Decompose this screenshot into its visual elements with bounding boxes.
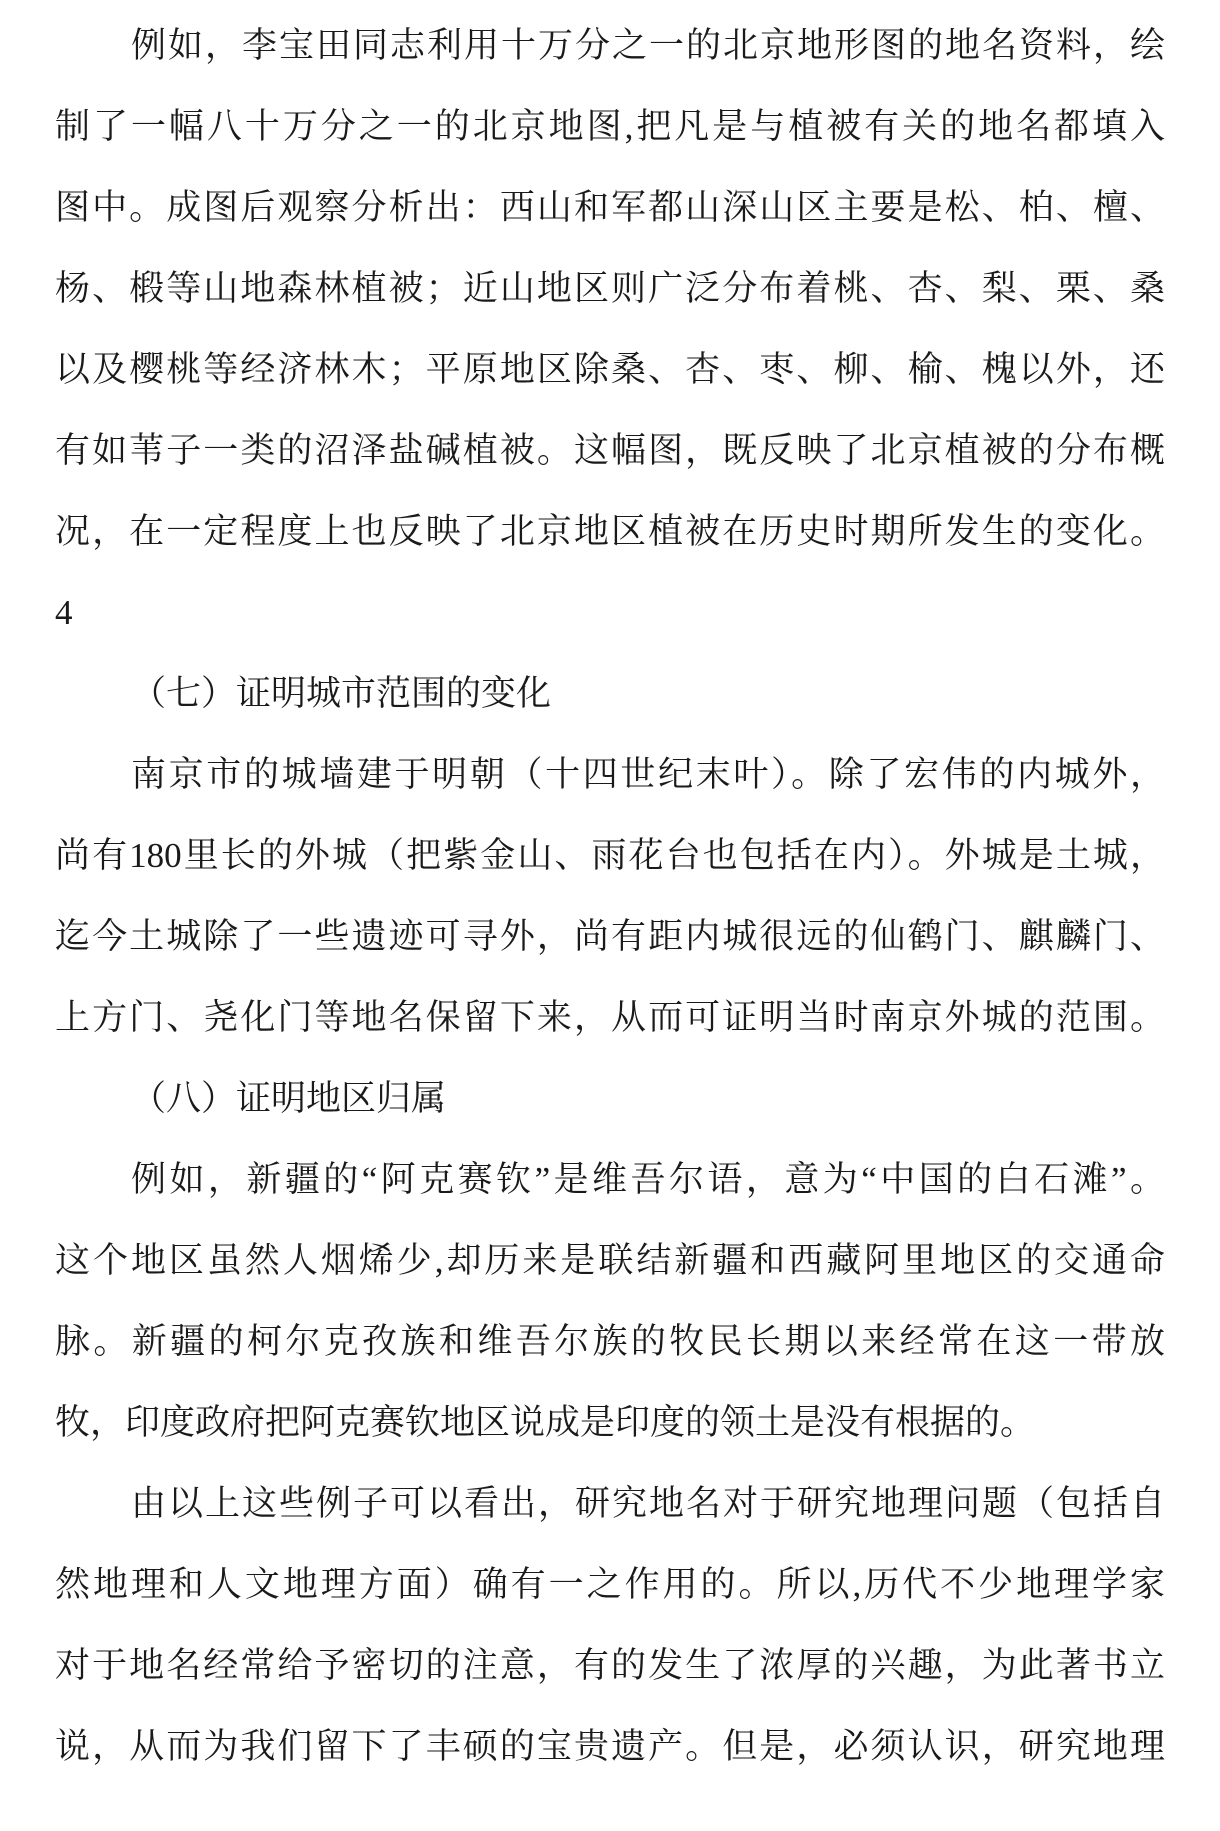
text-line: 上方门、尧化门等地名保留下来，从而可证明当时南京外城的范围。	[55, 977, 1165, 1058]
document-page: 例如，李宝田同志利用十万分之一的北京地形图的地名资料，绘制了一幅八十万分之一的北…	[0, 0, 1220, 1831]
text-line: 然地理和人文地理方面）确有一之作用的。所以,历代不少地理学家	[55, 1544, 1165, 1625]
text-line: 以及樱桃等经济林木；平原地区除桑、杏、枣、柳、榆、槐以外，还	[55, 329, 1165, 410]
text-line: 说，从而为我们留下了丰硕的宝贵遗产。但是，必须认识，研究地理	[55, 1706, 1165, 1787]
section-heading: （八）证明地区归属	[55, 1058, 1165, 1139]
text-line: 例如，新疆的“阿克赛钦”是维吾尔语，意为“中国的白石滩”。	[55, 1139, 1165, 1220]
text-line: 脉。新疆的柯尔克孜族和维吾尔族的牧民长期以来经常在这一带放	[55, 1301, 1165, 1382]
page-number-marker: 4	[55, 572, 1165, 653]
text-line: 例如，李宝田同志利用十万分之一的北京地形图的地名资料，绘	[55, 5, 1165, 86]
text-line: 有如苇子一类的沼泽盐碱植被。这幅图，既反映了北京植被的分布概	[55, 410, 1165, 491]
text-line: 图中。成图后观察分析出：西山和军都山深山区主要是松、柏、檀、	[55, 167, 1165, 248]
text-line: 由以上这些例子可以看出，研究地名对于研究地理问题（包括自	[55, 1463, 1165, 1544]
text-line: 迄今土城除了一些遗迹可寻外，尚有距内城很远的仙鹤门、麒麟门、	[55, 896, 1165, 977]
text-line: 牧，印度政府把阿克赛钦地区说成是印度的领土是没有根据的。	[55, 1382, 1165, 1463]
text-line: 对于地名经常给予密切的注意，有的发生了浓厚的兴趣，为此著书立	[55, 1625, 1165, 1706]
text-line: 杨、椴等山地森林植被；近山地区则广泛分布着桃、杏、梨、栗、桑	[55, 248, 1165, 329]
text-line: 制了一幅八十万分之一的北京地图,把凡是与植被有关的地名都填入	[55, 86, 1165, 167]
text-block: 例如，李宝田同志利用十万分之一的北京地形图的地名资料，绘制了一幅八十万分之一的北…	[55, 5, 1165, 1787]
section-heading: （七）证明城市范围的变化	[55, 653, 1165, 734]
text-line: 尚有180里长的外城（把紫金山、雨花台也包括在内）。外城是土城，	[55, 815, 1165, 896]
text-line: 这个地区虽然人烟烯少,却历来是联结新疆和西藏阿里地区的交通命	[55, 1220, 1165, 1301]
text-line: 南京市的城墙建于明朝（十四世纪末叶）。除了宏伟的内城外，	[55, 734, 1165, 815]
text-line: 况，在一定程度上也反映了北京地区植被在历史时期所发生的变化。	[55, 491, 1165, 572]
